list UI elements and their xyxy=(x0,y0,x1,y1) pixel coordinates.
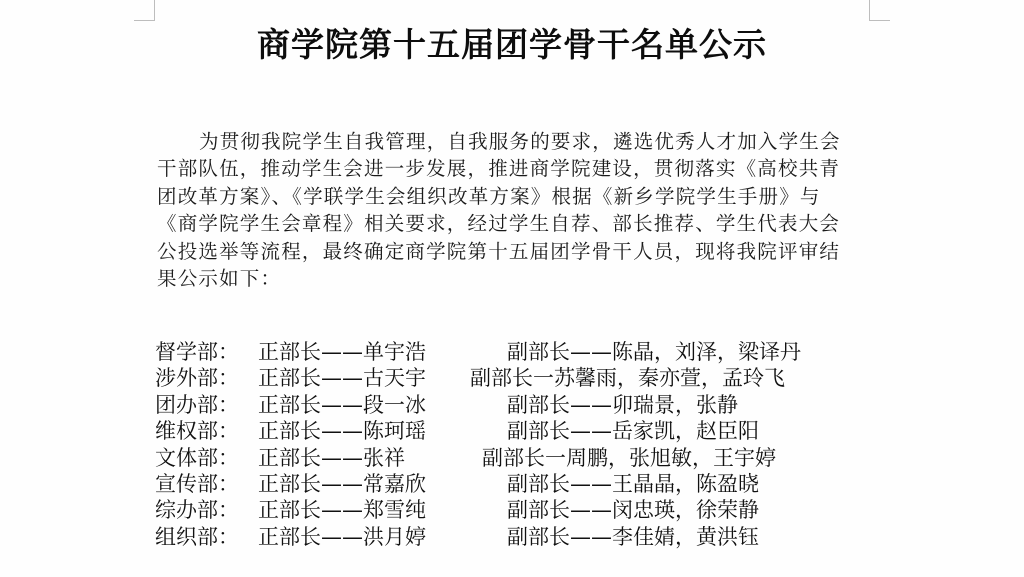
department-name: 维权部： xyxy=(155,418,239,444)
intro-line: 为贯彻我院学生自我管理，自我服务的要求，遴选优秀人才加入学生会 xyxy=(157,128,877,155)
document-title: 商学院第十五届团学骨干名单公示 xyxy=(0,22,1024,68)
intro-line: 《商学院学生会章程》相关要求，经过学生自荐、部长推荐、学生代表大会 xyxy=(157,210,877,237)
head-minister: 正部长——洪月婷 xyxy=(258,524,426,550)
department-name: 涉外部： xyxy=(155,365,239,391)
document-page: 商学院第十五届团学骨干名单公示 为贯彻我院学生自我管理，自我服务的要求，遴选优秀… xyxy=(0,0,1024,577)
crop-mark-top-left xyxy=(134,0,155,21)
vice-ministers: 副部长——王晶晶，陈盈晓 xyxy=(507,471,759,497)
intro-paragraph: 为贯彻我院学生自我管理，自我服务的要求，遴选优秀人才加入学生会 干部队伍，推动学… xyxy=(157,128,877,292)
vice-ministers: 副部长一苏馨雨，秦亦萱，孟玲飞 xyxy=(470,365,785,391)
vice-ministers: 副部长——闵忠瑛，徐荣静 xyxy=(507,497,759,523)
vice-ministers: 副部长——陈晶，刘泽，梁译丹 xyxy=(507,339,801,365)
roster-list: 督学部： 正部长——单宇浩 副部长——陈晶，刘泽，梁译丹 涉外部： 正部长——古… xyxy=(155,339,895,550)
department-name: 综办部： xyxy=(155,497,239,523)
roster-row: 涉外部： 正部长——古天宇 副部长一苏馨雨，秦亦萱，孟玲飞 xyxy=(155,365,895,391)
crop-mark-top-right xyxy=(869,0,890,21)
department-name: 督学部： xyxy=(155,339,239,365)
head-minister: 正部长——张祥 xyxy=(258,445,405,471)
department-name: 组织部： xyxy=(155,524,239,550)
head-minister: 正部长——常嘉欣 xyxy=(258,471,426,497)
roster-row: 宣传部： 正部长——常嘉欣 副部长——王晶晶，陈盈晓 xyxy=(155,471,895,497)
intro-line: 公投选举等流程，最终确定商学院第十五届团学骨干人员，现将我院评审结 xyxy=(157,238,877,265)
roster-row: 组织部： 正部长——洪月婷 副部长——李佳婧，黄洪钰 xyxy=(155,524,895,550)
head-minister: 正部长——陈珂瑶 xyxy=(258,418,426,444)
roster-row: 综办部： 正部长——郑雪纯 副部长——闵忠瑛，徐荣静 xyxy=(155,497,895,523)
roster-row: 文体部： 正部长——张祥 副部长一周鹏，张旭敏，王宇婷 xyxy=(155,445,895,471)
roster-row: 团办部： 正部长——段一冰 副部长——卯瑞景，张静 xyxy=(155,392,895,418)
head-minister: 正部长——古天宇 xyxy=(258,365,426,391)
vice-ministers: 副部长一周鹏，张旭敏，王宇婷 xyxy=(482,445,776,471)
department-name: 宣传部： xyxy=(155,471,239,497)
roster-row: 督学部： 正部长——单宇浩 副部长——陈晶，刘泽，梁译丹 xyxy=(155,339,895,365)
intro-line: 干部队伍，推动学生会进一步发展，推进商学院建设，贯彻落实《高校共青 xyxy=(157,155,877,182)
vice-ministers: 副部长——李佳婧，黄洪钰 xyxy=(507,524,759,550)
vice-ministers: 副部长——岳家凯，赵臣阳 xyxy=(507,418,759,444)
head-minister: 正部长——郑雪纯 xyxy=(258,497,426,523)
vice-ministers: 副部长——卯瑞景，张静 xyxy=(507,392,738,418)
intro-line: 果公示如下： xyxy=(157,265,877,292)
roster-row: 维权部： 正部长——陈珂瑶 副部长——岳家凯，赵臣阳 xyxy=(155,418,895,444)
head-minister: 正部长——单宇浩 xyxy=(258,339,426,365)
department-name: 团办部： xyxy=(155,392,239,418)
head-minister: 正部长——段一冰 xyxy=(258,392,426,418)
intro-line: 团改革方案》、《学联学生会组织改革方案》根据《新乡学院学生手册》与 xyxy=(157,183,877,210)
department-name: 文体部： xyxy=(155,445,239,471)
